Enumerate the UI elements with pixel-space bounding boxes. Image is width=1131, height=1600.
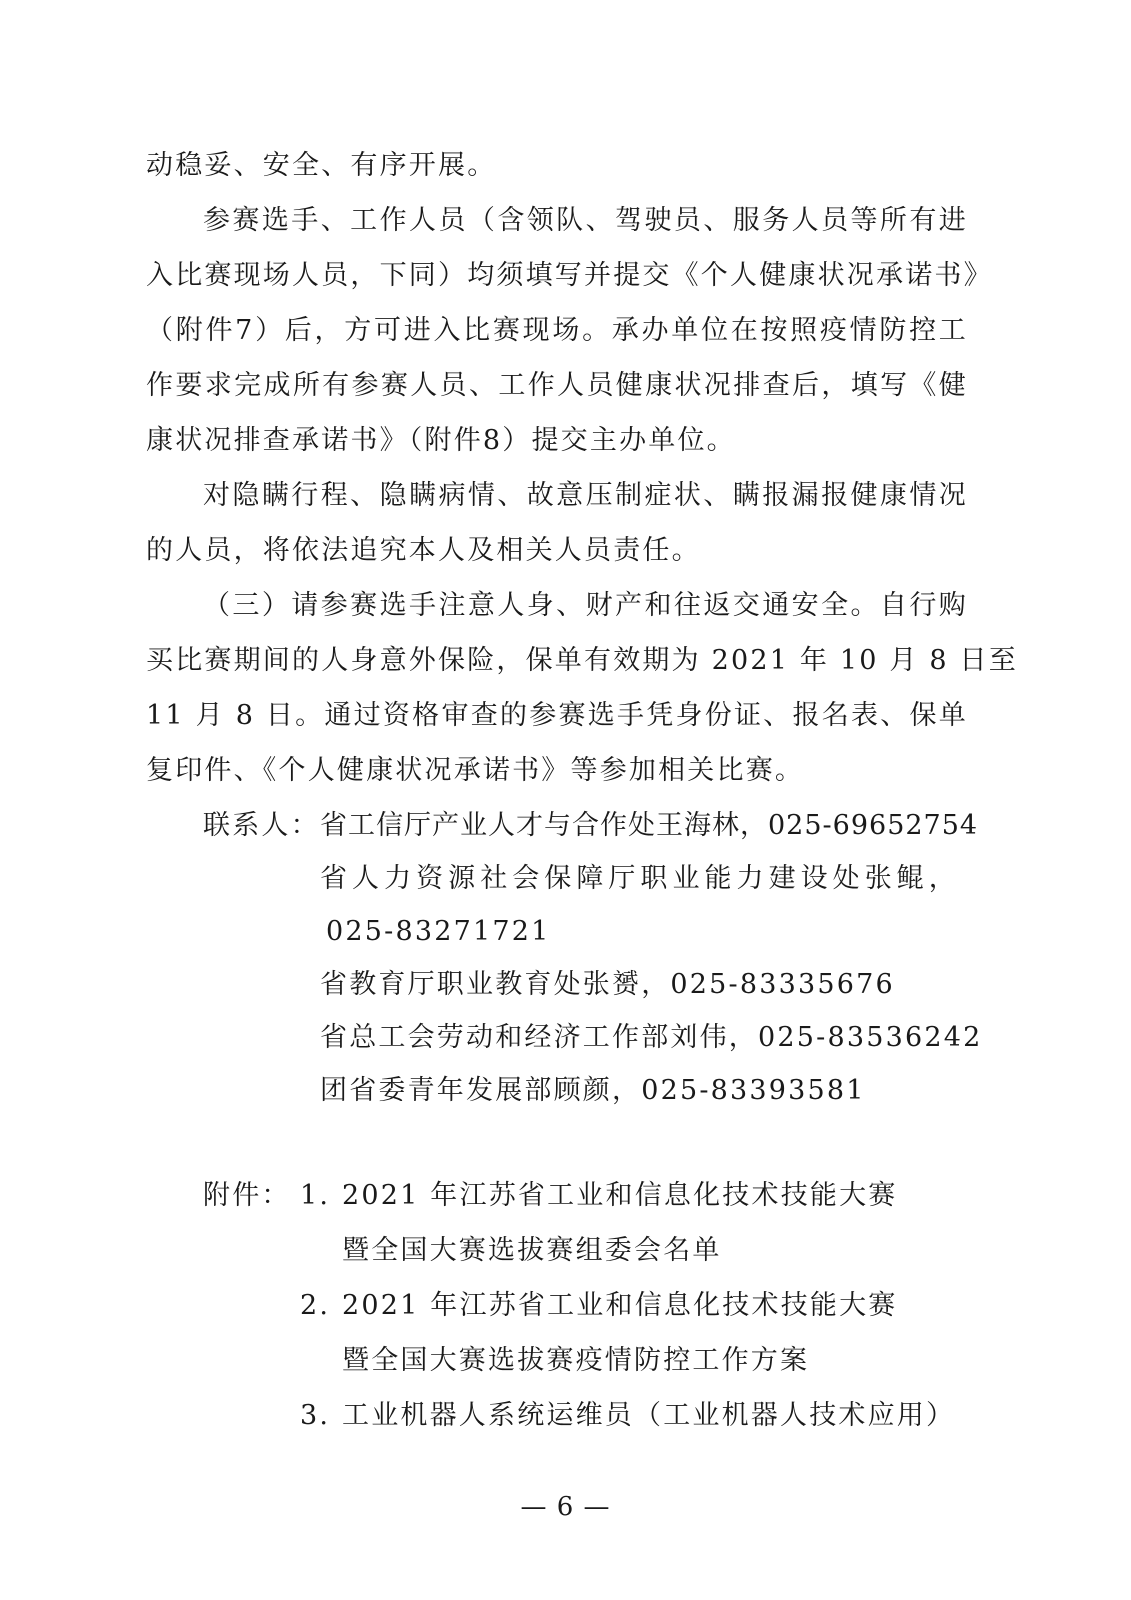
paragraph-line: 入比赛现场人员，下同）均须填写并提交《个人健康状况承诺书》 [146, 260, 968, 292]
attachment-title: 2021 年江苏省工业和信息化技术技能大赛 [342, 1180, 898, 1212]
attachments-label: 附件： [203, 1180, 291, 1212]
contacts-label: 联系人： [203, 810, 320, 842]
page-number: — 6 — [0, 1492, 1131, 1522]
attachment-title: 工业机器人系统运维员（工业机器人技术应用） [342, 1400, 955, 1432]
document-page: 动稳妥、安全、有序开展。 参赛选手、工作人员（含领队、驾驶员、服务人员等所有进 … [0, 0, 1131, 1600]
contact-entry: 省人力资源社会保障厅职业能力建设处张鲲， [320, 863, 958, 895]
paragraph-line: 买比赛期间的人身意外保险，保单有效期为 2021 年 10 月 8 日至 [146, 645, 968, 677]
paragraph-line: 11 月 8 日。通过资格审查的参赛选手凭身份证、报名表、保单 [146, 700, 968, 732]
paragraph-line: 对隐瞒行程、隐瞒病情、故意压制症状、瞒报漏报健康情况 [203, 480, 968, 512]
contact-entry: 省教育厅职业教育处张赟，025-83335676 [320, 969, 895, 1001]
attachment-title: 暨全国大赛选拔赛疫情防控工作方案 [342, 1345, 809, 1377]
attachment-title: 暨全国大赛选拔赛组委会名单 [342, 1235, 722, 1267]
attachment-number: 3. [300, 1400, 330, 1432]
paragraph-line: 的人员，将依法追究本人及相关人员责任。 [146, 535, 701, 567]
paragraph-line: （附件7）后，方可进入比赛现场。承办单位在按照疫情防控工 [146, 315, 968, 347]
attachment-number: 1. [300, 1180, 330, 1212]
attachment-number: 2. [300, 1290, 330, 1322]
paragraph-line: 作要求完成所有参赛人员、工作人员健康状况排查后，填写《健 [146, 370, 968, 402]
paragraph-line: （三）请参赛选手注意人身、财产和往返交通安全。自行购 [203, 590, 968, 622]
paragraph-line: 参赛选手、工作人员（含领队、驾驶员、服务人员等所有进 [203, 205, 968, 237]
contact-entry: 团省委青年发展部顾颜，025-83393581 [320, 1075, 866, 1107]
paragraph-line: 康状况排查承诺书》（附件8）提交主办单位。 [146, 425, 736, 457]
paragraph-line: 复印件、《个人健康状况承诺书》等参加相关比赛。 [146, 755, 804, 787]
contact-entry: 025-83271721 [326, 916, 550, 948]
contact-entry: 省总工会劳动和经济工作部刘伟，025-83536242 [320, 1022, 982, 1054]
paragraph-line: 动稳妥、安全、有序开展。 [146, 150, 496, 182]
attachment-title: 2021 年江苏省工业和信息化技术技能大赛 [342, 1290, 898, 1322]
contact-entry: 省工信厅产业人才与合作处王海林，025-69652754 [320, 810, 978, 842]
